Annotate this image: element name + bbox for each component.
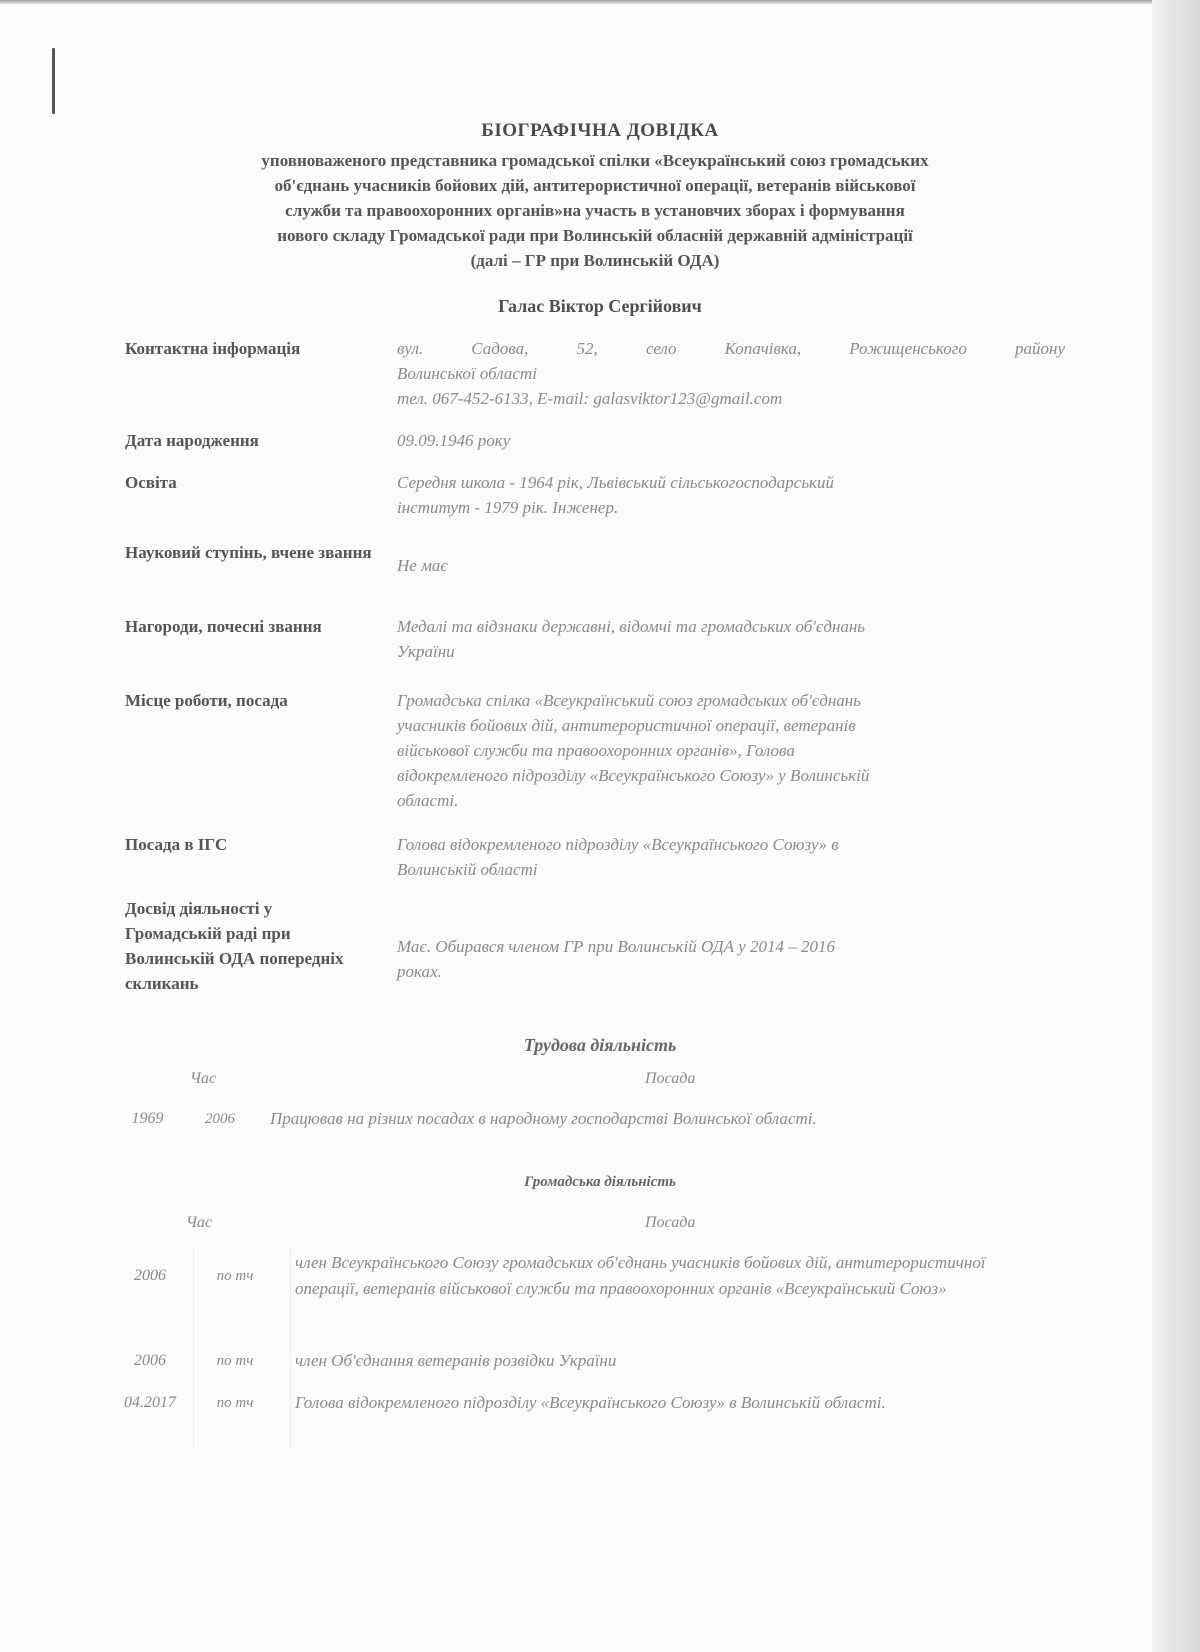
subtitle-line: (далі – ГР при Волинській ОДА) (115, 248, 1075, 273)
public-activity-title: Громадська діяльність (0, 1174, 1200, 1191)
work-from: 1969 (110, 1110, 185, 1128)
document-title: БІОГРАФІЧНА ДОВІДКА (0, 120, 1200, 142)
public-desc: Голова відокремленого підрозділу «Всеукр… (295, 1390, 1070, 1416)
subtitle-line: уповноваженого представника громадської … (115, 148, 1075, 173)
info-label: Посада в ІГС (125, 832, 397, 882)
public-col-time: Час (186, 1214, 212, 1232)
info-label: Місце роботи, посада (125, 688, 397, 813)
info-value: Не має (397, 540, 1065, 578)
work-desc: Працював на різних посадах в народному г… (270, 1106, 1070, 1132)
subtitle-line: служби та правоохоронних органів»на учас… (115, 198, 1075, 223)
info-label: Контактна інформація (125, 336, 397, 411)
person-name: Галас Віктор Сергійович (0, 296, 1200, 317)
work-activity-title: Трудова діяльність (0, 1035, 1200, 1056)
info-value: Голова відокремленого підрозділу «Всеукр… (397, 832, 1065, 882)
info-value: 09.09.1946 року (397, 428, 1065, 453)
public-activity-row: 04.2017 по тч Голова відокремленого підр… (110, 1390, 1070, 1416)
public-to: по тч (190, 1395, 280, 1412)
public-desc: член Всеукраїнського Союзу громадських о… (295, 1250, 1070, 1302)
info-value: Має. Обирався членом ГР при Волинській О… (397, 896, 1065, 996)
work-col-position: Посада (645, 1070, 695, 1088)
public-col-position: Посада (645, 1214, 695, 1232)
work-col-time: Час (190, 1070, 216, 1088)
info-row-education: Освіта Середня школа - 1964 рік, Львівсь… (125, 470, 1065, 520)
work-activity-row: 1969 2006 Працював на різних посадах в н… (110, 1106, 1070, 1132)
info-row-contact: Контактна інформація вул. Садова, 52, се… (125, 336, 1065, 411)
work-to: 2006 (185, 1111, 255, 1128)
public-from: 2006 (110, 1352, 190, 1370)
document-subtitle: уповноваженого представника громадської … (115, 148, 1075, 273)
margin-mark (52, 48, 55, 114)
public-activity-row: 2006 по тч член Всеукраїнського Союзу гр… (110, 1250, 1070, 1302)
subtitle-line: нового складу Громадської ради при Волин… (115, 223, 1075, 248)
public-desc: член Об'єднання ветеранів розвідки Украї… (295, 1348, 1070, 1374)
public-to: по тч (190, 1268, 280, 1285)
public-activity-row: 2006 по тч член Об'єднання ветеранів роз… (110, 1348, 1070, 1374)
info-row-position-ngo: Посада в ІГС Голова відокремленого підро… (125, 832, 1065, 882)
info-row-council-experience: Досвід діяльності у Громадській раді при… (125, 896, 1065, 996)
info-label: Освіта (125, 470, 397, 520)
info-value: Середня школа - 1964 рік, Львівський сіл… (397, 470, 1065, 520)
public-to: по тч (190, 1353, 280, 1370)
public-from: 2006 (110, 1267, 190, 1285)
public-from: 04.2017 (110, 1394, 190, 1412)
info-row-awards: Нагороди, почесні звання Медалі та відзн… (125, 614, 1065, 664)
info-row-workplace: Місце роботи, посада Громадська спілка «… (125, 688, 1065, 813)
info-label: Дата народження (125, 428, 397, 453)
scan-right-edge (1152, 0, 1200, 1652)
info-value: Медалі та відзнаки державні, відомчі та … (397, 614, 1065, 664)
info-value: вул. Садова, 52, село Копачівка, Рожищен… (397, 336, 1065, 411)
info-label: Досвід діяльності у Громадській раді при… (125, 896, 355, 996)
info-value: Громадська спілка «Всеукраїнський союз г… (397, 688, 1065, 813)
info-label: Нагороди, почесні звання (125, 614, 325, 664)
info-row-degree: Науковий ступінь, вчене звання Не має (125, 540, 1065, 578)
info-label: Науковий ступінь, вчене звання (125, 540, 380, 578)
subtitle-line: об'єднань учасників бойових дій, антитер… (115, 173, 1075, 198)
info-row-birthdate: Дата народження 09.09.1946 року (125, 428, 1065, 453)
